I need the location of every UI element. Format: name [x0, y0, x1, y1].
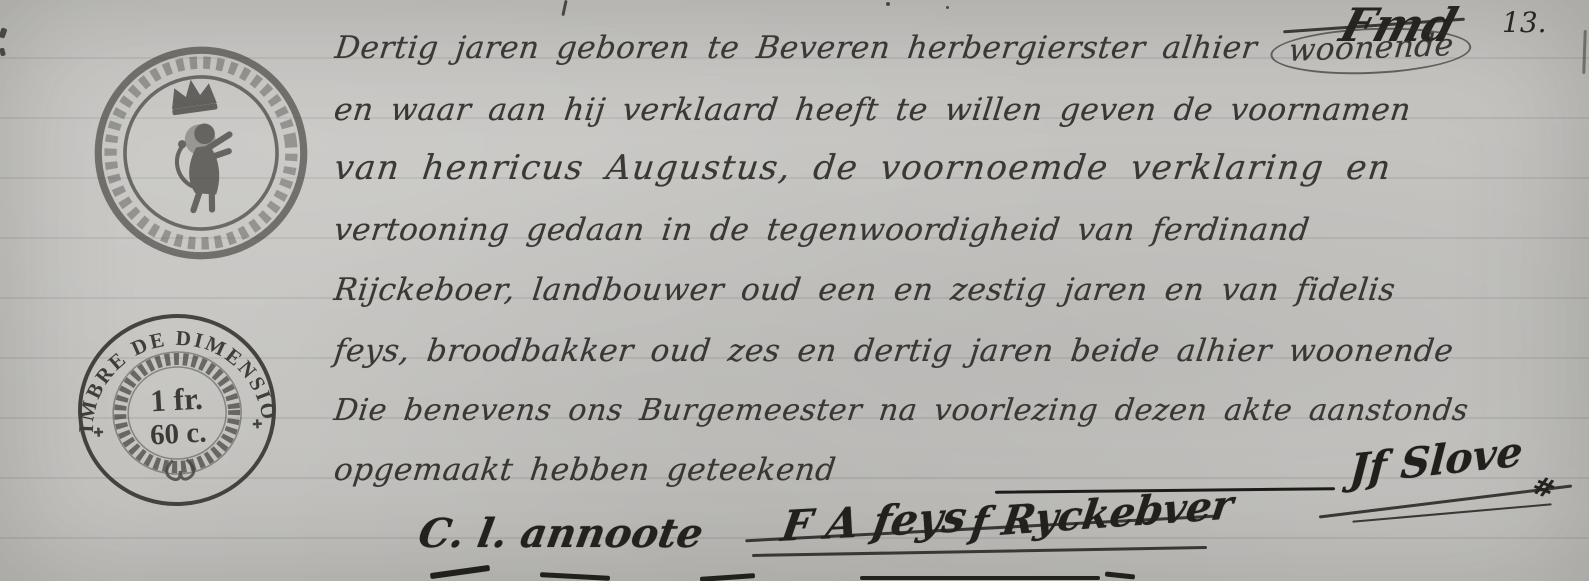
- signature-official: Jf Slove: [1348, 427, 1524, 494]
- folio-number: 13.: [1502, 6, 1547, 39]
- edge-mark: [946, 6, 949, 9]
- manuscript-line: Dertig jaren geboren te Beveren herbergi…: [332, 28, 1474, 74]
- edge-mark: [0, 47, 6, 56]
- line-text: Dertig jaren geboren te Beveren herbergi…: [333, 30, 1259, 66]
- edge-mark: [886, 2, 890, 6]
- edge-mark: [561, 0, 567, 16]
- document-scan: TIMBRE DE DIMENSION 1 fr. 60 c. Fmd 13. …: [0, 0, 1589, 581]
- stamp-value-top: 1 fr.: [149, 381, 203, 419]
- manuscript-line: Rijckeboer, landbouwer oud een en zestig…: [332, 272, 1398, 308]
- cutoff-stroke: [700, 573, 755, 581]
- signature-witness-annoote: C. l. annoote: [415, 510, 707, 557]
- cutoff-stroke: [860, 576, 1100, 580]
- timbre-dimension-stamp: TIMBRE DE DIMENSION 1 fr. 60 c.: [70, 305, 285, 515]
- stamp-value-bottom: 60 c.: [149, 417, 207, 452]
- edge-mark: [1582, 30, 1587, 74]
- edge-mark: [0, 27, 8, 38]
- signature-witness-feys: F A feys: [778, 492, 970, 551]
- cutoff-stroke: [540, 572, 610, 581]
- manuscript-line: opgemaakt hebben geteekend: [332, 452, 838, 488]
- manuscript-line: Die benevens ons Burgemeester na voorlez…: [332, 393, 1471, 428]
- manuscript-line: van henricus Augustus, de voornoemde ver…: [332, 148, 1394, 188]
- manuscript-line: vertooning gedaan in de tegenwoordigheid…: [332, 212, 1312, 248]
- circled-word: woonende: [1268, 25, 1473, 78]
- lion-rampant-icon: [172, 120, 240, 213]
- cutoff-stroke: [1105, 571, 1135, 579]
- lion-seal-stamp: [73, 25, 328, 280]
- signature-flourish: [1352, 503, 1551, 522]
- manuscript-line: en waar aan hij verklaard heeft te wille…: [332, 92, 1413, 128]
- cutoff-stroke: [430, 565, 490, 579]
- manuscript-line: feys, broodbakker oud zes en dertig jare…: [332, 333, 1455, 369]
